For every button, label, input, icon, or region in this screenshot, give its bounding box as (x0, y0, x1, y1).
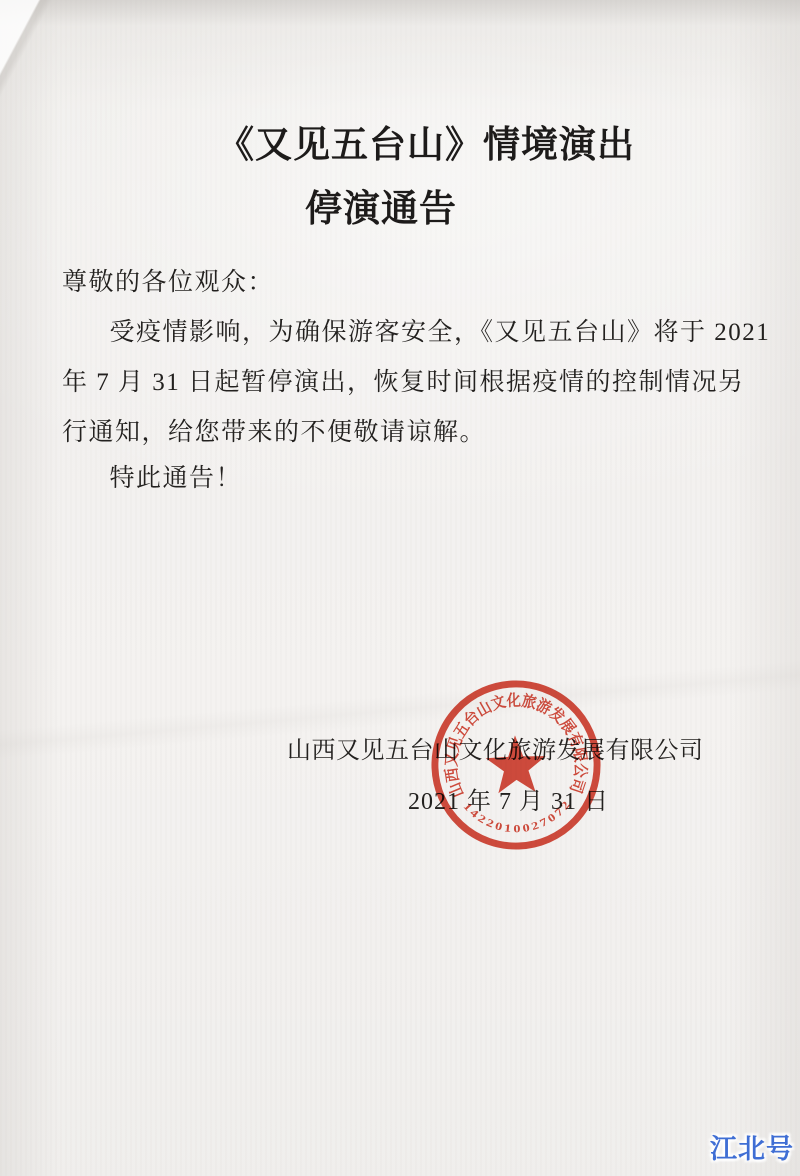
body-line: 行通知，给您带来的不便敬请谅解。 (62, 412, 722, 448)
watermark-label: 江北号 (710, 1127, 794, 1166)
red-star-icon (485, 734, 547, 793)
body-line: 年 7 月 31 日起暂停演出，恢复时间根据疫情的控制情况另 (62, 362, 722, 398)
official-seal: 山西又见五台山文化旅游发展有限公司 1422010027072 (426, 675, 606, 855)
body-line: 受疫情影响，为确保游客安全，《又见五台山》将于 2021 (62, 312, 722, 348)
notice-document: 《又见五台山》情境演出 停演通告 尊敬的各位观众： 受疫情影响，为确保游客安全，… (0, 0, 800, 1176)
greeting-line: 尊敬的各位观众： (62, 262, 722, 298)
notice-title-line1: 《又见五台山》情境演出 (26, 114, 800, 168)
paper-crease (0, 560, 800, 860)
body-line: 特此通告！ (62, 458, 722, 494)
notice-title-line2: 停演通告 (0, 178, 781, 232)
